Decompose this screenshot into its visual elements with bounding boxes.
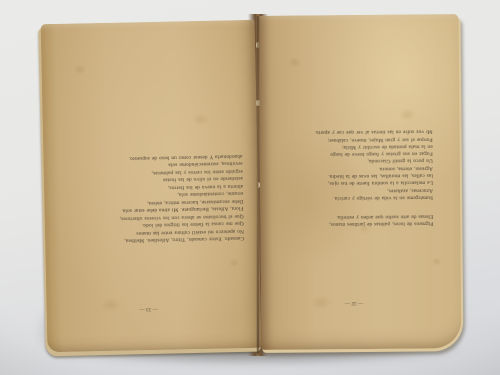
left-page-text: Cansado. Estoy cansado, Títiro, Alfesibe… (95, 150, 244, 244)
right-page: Pigmeos de luces, palmas de jardines man… (259, 14, 462, 350)
verse-line: Azucenas, azahares, (289, 186, 433, 195)
verse-line: Porque el sur y gran Mujer, mueve, caláb… (289, 135, 433, 144)
verse-line: en la mala puntada de escribir y Mirla; (289, 142, 433, 151)
verse-line: Pigmeos de luces, palmas de jardines man… (289, 219, 433, 228)
verse-line: Sumérgeme en la vida de vértigo y carici… (289, 193, 433, 202)
verse-line: Mi voz sufre en las tierras al ver que c… (289, 127, 433, 136)
photo-background: Cansado. Estoy cansado, Títiro, Alfesibe… (0, 0, 500, 375)
open-book: Cansado. Estoy cansado, Títiro, Alfesibe… (0, 0, 500, 375)
verse-line: las calles, las murallas, las uvas de la… (289, 171, 433, 180)
verse-line: Elenas de arte suelto que arden y estrel… (289, 212, 433, 221)
left-page-number: — 33 — (128, 304, 168, 313)
left-page: Cansado. Estoy cansado, Títiro, Alfesibe… (41, 20, 262, 352)
right-page-text: Pigmeos de luces, palmas de jardines man… (289, 125, 434, 227)
verse-line: Fugaz en sus grietas y fuego breve de lu… (289, 149, 433, 158)
right-page-number: — 32 — (334, 298, 374, 306)
gutter-shadow (257, 16, 259, 354)
